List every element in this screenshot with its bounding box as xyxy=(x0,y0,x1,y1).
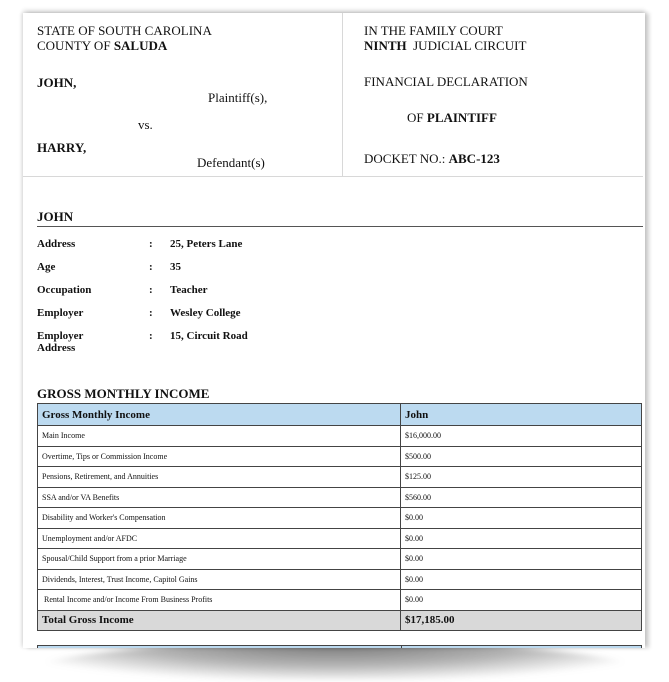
table-row: Disability and Worker's Compensation$0.0… xyxy=(38,508,642,529)
income-value: $0.00 xyxy=(401,590,642,611)
county-prefix: COUNTY OF xyxy=(37,38,111,53)
county-name: SALUDA xyxy=(114,38,167,53)
info-value: 25, Peters Lane xyxy=(170,238,242,250)
table-row: Main Income$16,000.00 xyxy=(38,426,642,447)
circuit-number: NINTH xyxy=(364,38,407,53)
case-caption: STATE OF SOUTH CAROLINA COUNTY OF SALUDA… xyxy=(23,13,643,177)
docket-line: DOCKET NO.: ABC-123 xyxy=(364,152,500,166)
declarant-line: OF PLAINTIFF xyxy=(407,111,497,125)
table-row: Dividends, Interest, Trust Income, Capit… xyxy=(38,569,642,590)
party-heading-rule xyxy=(37,226,643,227)
defendant-label: Defendant(s) xyxy=(197,156,265,170)
income-label: Rental Income and/or Income From Busines… xyxy=(38,590,401,611)
header-category: Gross Monthly Income xyxy=(38,404,401,426)
income-value: $0.00 xyxy=(401,528,642,549)
plaintiff-name: JOHN, xyxy=(37,76,76,90)
info-separator: : xyxy=(149,307,153,319)
docket-number: ABC-123 xyxy=(449,151,500,166)
caption-left: STATE OF SOUTH CAROLINA COUNTY OF SALUDA… xyxy=(37,13,343,176)
table-row: Rental Income and/or Income From Busines… xyxy=(38,590,642,611)
income-label: Disability and Worker's Compensation xyxy=(38,508,401,529)
caption-right: IN THE FAMILY COURT NINTH JUDICIAL CIRCU… xyxy=(364,13,634,176)
total-row: Total Gross Income $17,185.00 xyxy=(38,610,642,630)
info-separator: : xyxy=(149,238,153,250)
column-divider xyxy=(401,646,402,648)
document-page: STATE OF SOUTH CAROLINA COUNTY OF SALUDA… xyxy=(23,13,645,648)
income-label: Dividends, Interest, Trust Income, Capit… xyxy=(38,569,401,590)
info-label: Occupation xyxy=(37,284,91,296)
info-separator: : xyxy=(149,284,153,296)
income-value: $560.00 xyxy=(401,487,642,508)
income-value: $16,000.00 xyxy=(401,426,642,447)
declarant-party: PLAINTIFF xyxy=(427,110,497,125)
info-label: Address xyxy=(37,238,75,250)
income-value: $125.00 xyxy=(401,467,642,488)
table-row: Unemployment and/or AFDC$0.00 xyxy=(38,528,642,549)
total-label: Total Gross Income xyxy=(38,610,401,630)
defendant-name: HARRY, xyxy=(37,141,86,155)
income-label: Unemployment and/or AFDC xyxy=(38,528,401,549)
income-label: Pensions, Retirement, and Annuities xyxy=(38,467,401,488)
income-label: Main Income xyxy=(38,426,401,447)
income-table: Gross Monthly Income John Main Income$16… xyxy=(37,403,642,631)
docket-label: DOCKET NO.: xyxy=(364,151,445,166)
court-line: IN THE FAMILY COURT xyxy=(364,24,503,38)
info-label: Employer Address xyxy=(37,330,83,354)
income-label: SSA and/or VA Benefits xyxy=(38,487,401,508)
plaintiff-label: Plaintiff(s), xyxy=(208,91,267,105)
versus-text: vs. xyxy=(138,118,153,132)
income-value: $0.00 xyxy=(401,549,642,570)
circuit-line: NINTH JUDICIAL CIRCUIT xyxy=(364,39,526,53)
table-row: SSA and/or VA Benefits$560.00 xyxy=(38,487,642,508)
info-value: Teacher xyxy=(170,284,207,296)
of-prefix: OF xyxy=(407,110,424,125)
table-row: Spousal/Child Support from a prior Marri… xyxy=(38,549,642,570)
income-table-header: Gross Monthly Income John xyxy=(38,404,642,426)
party-heading: JOHN xyxy=(37,209,73,225)
circuit-rest: JUDICIAL CIRCUIT xyxy=(413,38,526,53)
info-value: 35 xyxy=(170,261,181,273)
table-row: Overtime, Tips or Commission Income$500.… xyxy=(38,446,642,467)
state-line: STATE OF SOUTH CAROLINA xyxy=(37,24,212,38)
income-label: Overtime, Tips or Commission Income xyxy=(38,446,401,467)
income-value: $500.00 xyxy=(401,446,642,467)
total-value: $17,185.00 xyxy=(401,610,642,630)
income-section-title: GROSS MONTHLY INCOME xyxy=(37,386,209,402)
info-label: Employer xyxy=(37,307,83,319)
county-line: COUNTY OF SALUDA xyxy=(37,39,167,53)
info-separator: : xyxy=(149,330,153,342)
header-party: John xyxy=(401,404,642,426)
income-label: Spousal/Child Support from a prior Marri… xyxy=(38,549,401,570)
info-label: Age xyxy=(37,261,55,273)
info-value: 15, Circuit Road xyxy=(170,330,248,342)
document-title: FINANCIAL DECLARATION xyxy=(364,75,528,89)
income-value: $0.00 xyxy=(401,569,642,590)
income-value: $0.00 xyxy=(401,508,642,529)
table-row: Pensions, Retirement, and Annuities$125.… xyxy=(38,467,642,488)
info-value: Wesley College xyxy=(170,307,241,319)
info-separator: : xyxy=(149,261,153,273)
next-table-header-partial xyxy=(37,645,642,648)
